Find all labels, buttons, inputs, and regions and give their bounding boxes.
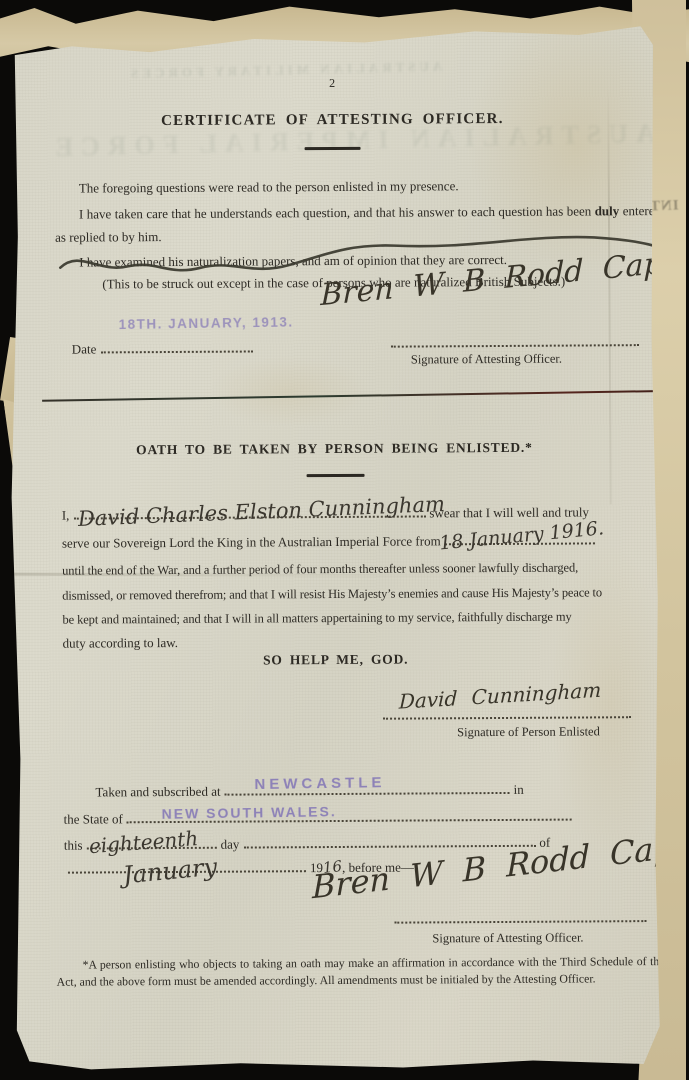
enlistee-name-handwriting: David Charles Elston Cunningham [77,494,445,529]
signature-caption: Signature of Attesting Officer. [411,352,562,368]
state-line: the State ofNEW SOUTH WALES. [64,806,576,830]
paragraph-bold-word: duly [595,203,620,218]
oath-line-5: be kept and maintained; and that I will … [62,607,571,630]
attestation-form-page: AUSTRALIAN MILITARY FORCES AUSTRALIAN IM… [7,24,663,1072]
enlist-date-handwriting: 18 January 1916. [438,518,604,553]
day-dotted-line: eighteenth [87,834,217,850]
day-mid-label: day [221,837,240,852]
so-help-me-god: SO HELP ME, GOD. [11,650,661,670]
oath-i-label: I, [62,508,70,523]
signature-caption: Signature of Person Enlisted [457,724,600,740]
taken-prefix: Taken and subscribed at [95,784,220,800]
day-prefix: this [64,838,83,853]
oath-line-2-text: serve our Sovereign Lord the King in the… [62,533,441,550]
oath-date-dotted-line: 18 January 1916. [445,529,595,545]
oath-line-2: serve our Sovereign Lord the King in the… [62,529,599,553]
oath-title-rule [307,474,365,477]
oath-name-dotted-line: David Charles Elston Cunningham [73,502,425,519]
oath-line-1-text: swear that I will well and truly [429,504,589,520]
newcastle-stamp: NEWCASTLE [254,773,385,795]
date-label: Date [72,341,97,356]
section-separator-rule [42,390,662,402]
oath-title: OATH TO BE TAKEN BY PERSON BEING ENLISTE… [9,439,659,459]
affirmation-footnote: *A person enlisting who objects to takin… [56,953,664,991]
title-rule [305,147,361,150]
taken-subscribed-line: Taken and subscribed atNEWCASTLEin [95,779,523,803]
date-line: Date [72,337,257,359]
date-stamp: 18TH. JANUARY, 1913. [119,314,294,332]
certificate-paragraph-read: The foregoing questions were read to the… [79,176,459,198]
oath-line-1: I,David Charles Elston Cunninghamswear t… [62,501,589,525]
bleedthrough-fragment: INT [649,197,679,215]
new-south-wales-stamp: NEW SOUTH WALES. [162,801,337,824]
signature-dotted-line [391,344,639,348]
signature-caption: Signature of Attesting Officer. [432,930,583,946]
state-prefix: the State of [64,811,123,826]
oath-line-3: until the end of the War, and a further … [62,558,578,581]
oath-line-4: dismissed, or removed therefrom; and tha… [62,582,602,605]
signature-dotted-line [394,920,646,924]
state-dotted-line: NEW SOUTH WALES. [127,806,572,824]
person-enlisted-signature: David Cunningham [399,678,602,714]
date-dotted-line [100,338,252,354]
month-dotted-line [243,832,535,849]
signature-dotted-line [383,716,631,720]
oath-line-6: duty according to law. [63,633,179,654]
taken-suffix: in [514,782,524,797]
year-dotted-line: January [68,857,306,873]
scanned-document: INT AUSTRALIAN MILITARY FORCES AUSTRALIA… [0,0,689,1080]
month-handwriting: January [122,857,218,886]
day-handwriting: eighteenth [88,828,199,856]
certificate-title: CERTIFICATE OF ATTESTING OFFICER. [7,110,657,131]
paragraph-text: I have taken care that he understands ea… [79,203,595,221]
page-number: 2 [7,74,657,93]
paper-stain [209,356,369,427]
place-dotted-line: NEWCASTLE [224,779,509,796]
